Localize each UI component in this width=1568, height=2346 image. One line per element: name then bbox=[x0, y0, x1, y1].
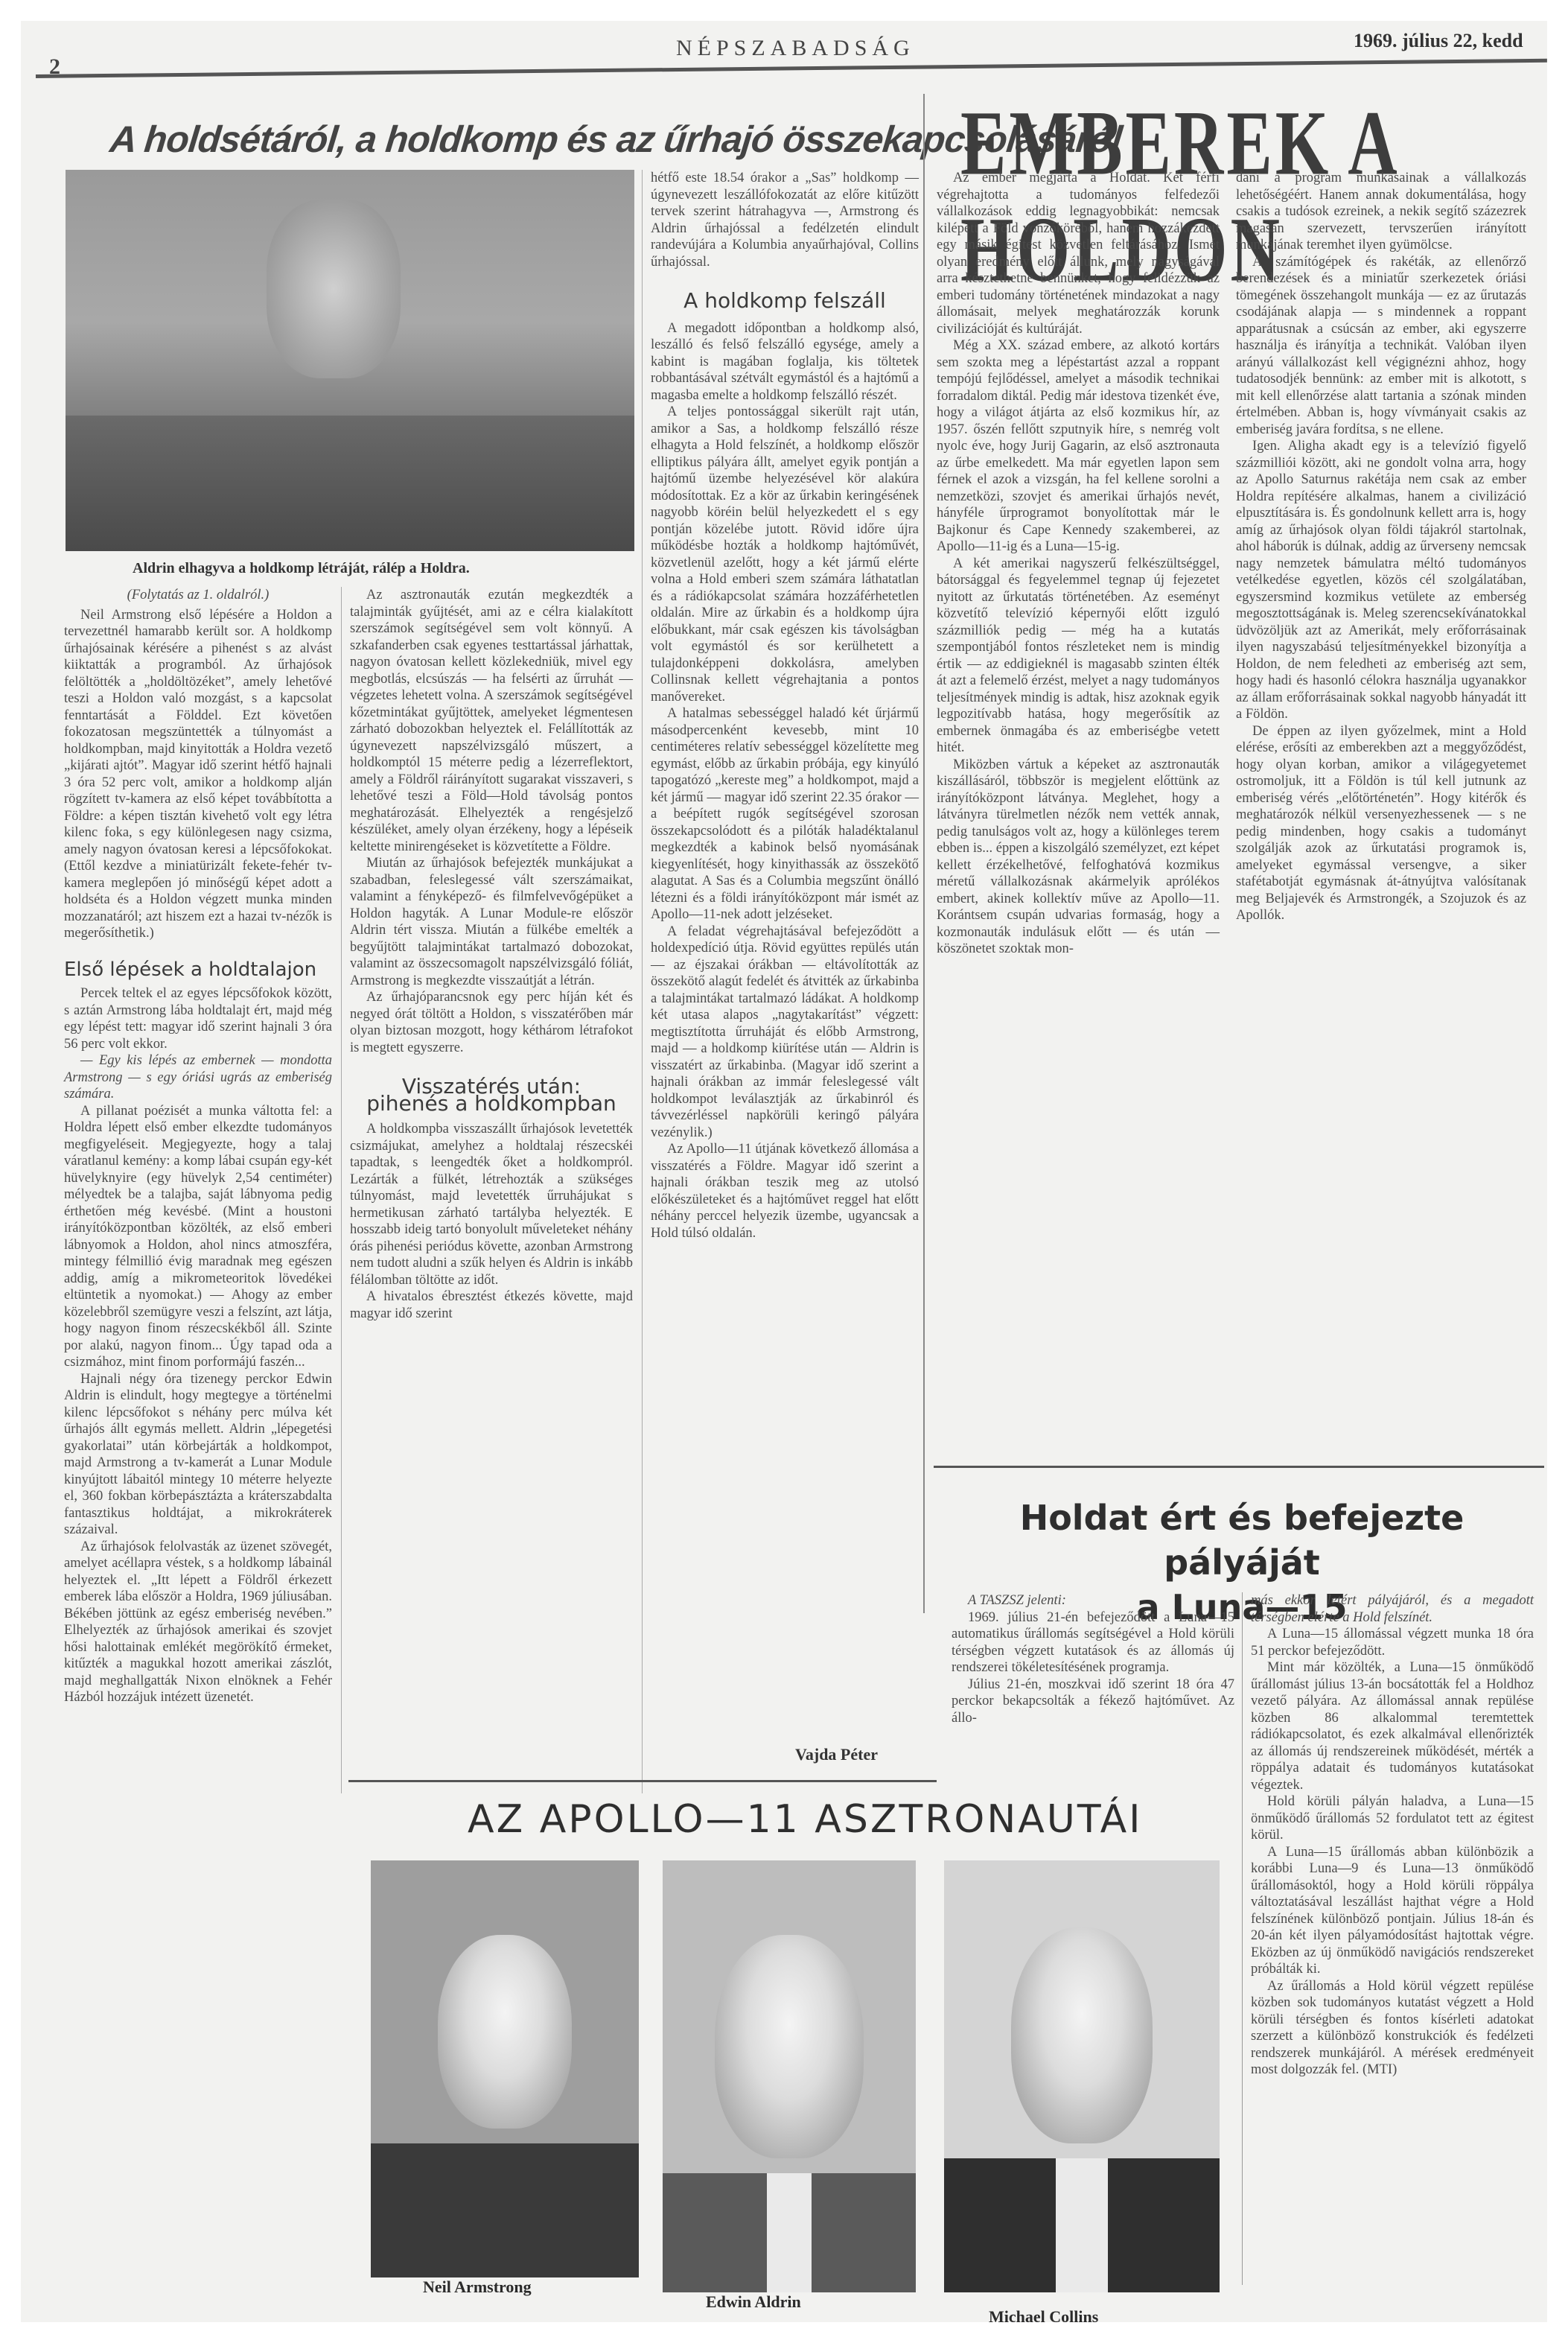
paragraph: Július 21-én, moszkvai idő szerint 18 ór… bbox=[952, 1676, 1234, 1727]
caption-armstrong: Neil Armstrong bbox=[423, 2277, 532, 2297]
caption-aldrin: Edwin Aldrin bbox=[706, 2292, 801, 2312]
column-divider bbox=[923, 94, 925, 1613]
shirt bbox=[767, 2173, 812, 2292]
aldrin-moonwalk-photo bbox=[66, 170, 634, 551]
left-article-col1: (Folytatás az 1. oldalról.) Neil Armstro… bbox=[64, 587, 332, 1706]
newspaper-name: NÉPSZABADSÁG bbox=[676, 36, 915, 61]
continuation-note: (Folytatás az 1. oldalról.) bbox=[64, 587, 332, 604]
issue-date: 1969. július 22, kedd bbox=[1354, 30, 1523, 52]
paragraph: Miután az űrhajósok befejezték munkájuka… bbox=[350, 855, 633, 989]
masthead-rule bbox=[36, 59, 1547, 78]
paragraph: Az űrhajóparancsnok egy perc híján két é… bbox=[350, 989, 633, 1056]
editorial-col2: dani a program munkásainak a vállalkozás… bbox=[1236, 170, 1526, 924]
armstrong-quote: — Egy kis lépés az embernek — mondotta A… bbox=[64, 1052, 332, 1103]
paragraph: A két amerikai nagyszerű felkészültségge… bbox=[937, 556, 1220, 757]
paragraph: Percek teltek el az egyes lépcsőfokok kö… bbox=[64, 985, 332, 1052]
photo-caption: Aldrin elhagyva a holdkomp létráját, rál… bbox=[133, 560, 470, 577]
paragraph: Az Apollo—11 útjának következő állomása … bbox=[651, 1141, 919, 1242]
paragraph: Miközben vártuk a képeket az asztronautá… bbox=[937, 757, 1220, 958]
paragraph: A megadott időpontban a holdkomp alsó, l… bbox=[651, 320, 919, 404]
editorial-col1: Az ember megjárta a Holdat. Két férfi vé… bbox=[937, 170, 1220, 958]
column-divider bbox=[642, 170, 643, 1793]
suit bbox=[371, 2143, 639, 2277]
paragraph: Még a XX. század embere, az alkotó kortá… bbox=[937, 337, 1220, 556]
newspaper-page: 2 NÉPSZABADSÁG 1969. július 22, kedd A h… bbox=[21, 21, 1547, 2322]
paragraph: Igen. Aligha akadt egy is a televízió fi… bbox=[1236, 438, 1526, 723]
face bbox=[715, 1935, 864, 2158]
left-article-col2: Az asztronauták ezután megkezdték a tala… bbox=[350, 587, 633, 1322]
apollo-crew-title: AZ APOLLO—11 ASZTRONAUTÁI bbox=[468, 1797, 1143, 1842]
paragraph: A teljes pontossággal sikerült rajt után… bbox=[651, 404, 919, 705]
paragraph: A holdkompba visszaszállt űrhajósok leve… bbox=[350, 1121, 633, 1288]
left-article-col3: hétfő este 18.54 órakor a „Sas” holdkomp… bbox=[651, 170, 919, 1242]
paragraph: hétfő este 18.54 órakor a „Sas” holdkomp… bbox=[651, 170, 919, 270]
subhead-first-steps: Első lépések a holdtalajon bbox=[64, 961, 332, 979]
paragraph: más ekkor letért pályájáról, és a megado… bbox=[1251, 1592, 1534, 1626]
paragraph: De éppen az ilyen győzelmek, mint a Hold… bbox=[1236, 723, 1526, 924]
headline-line: Holdat ért és befejezte pályáját bbox=[944, 1495, 1540, 1585]
luna-col2: más ekkor letért pályájáról, és a megado… bbox=[1251, 1592, 1534, 2079]
subhead-return: Visszatérés után: pihenés a holdkompban bbox=[350, 1078, 633, 1112]
portrait-aldrin bbox=[663, 1860, 916, 2292]
astronaut-figure bbox=[267, 200, 401, 378]
paragraph: Az asztronauták ezután megkezdték a tala… bbox=[350, 587, 633, 855]
column-divider bbox=[1242, 1592, 1243, 2285]
paragraph: A számítógépek és rakéták, az ellenőrző … bbox=[1236, 254, 1526, 439]
paragraph: Az űrállomás a Hold körül végzett repülé… bbox=[1251, 1978, 1534, 2079]
portrait-collins bbox=[944, 1860, 1220, 2292]
paragraph: A Luna—15 állomással végzett munka 18 ór… bbox=[1251, 1626, 1534, 1659]
column-divider bbox=[341, 587, 342, 1793]
paragraph: 1969. július 21-én befejeződött a Luna—1… bbox=[952, 1609, 1234, 1676]
byline: Vajda Péter bbox=[795, 1745, 878, 1764]
paragraph: Hajnali négy óra tizenegy perckor Edwin … bbox=[64, 1371, 332, 1539]
paragraph: A pillanat poézisét a munka váltotta fel… bbox=[64, 1103, 332, 1371]
subhead-line: pihenés a holdkompban bbox=[350, 1096, 633, 1113]
section-rule bbox=[934, 1466, 1544, 1468]
caption-collins: Michael Collins bbox=[989, 2307, 1098, 2327]
paragraph: Hold körüli pályán haladva, a Luna—15 ön… bbox=[1251, 1793, 1534, 1844]
paragraph: A hivatalos ébresztést étkezés követte, … bbox=[350, 1288, 633, 1322]
portrait-armstrong bbox=[371, 1860, 639, 2277]
face bbox=[438, 1935, 572, 2129]
paragraph: A hatalmas sebességgel haladó két űrjárm… bbox=[651, 705, 919, 924]
luna-col1: A TASZSZ jelenti: 1969. július 21-én bef… bbox=[952, 1592, 1234, 1726]
face bbox=[1011, 1927, 1153, 2143]
paragraph: Az űrhajósok felolvasták az üzenet szöve… bbox=[64, 1539, 332, 1706]
paragraph: dani a program munkásainak a vállalkozás… bbox=[1236, 170, 1526, 254]
paragraph: Az ember megjárta a Holdat. Két férfi vé… bbox=[937, 170, 1220, 337]
paragraph: A feladat végrehajtásával befejeződött a… bbox=[651, 924, 919, 1142]
paragraph: Mint már közölték, a Luna—15 önműködő űr… bbox=[1251, 1659, 1534, 1793]
shirt bbox=[1056, 2158, 1108, 2292]
section-rule bbox=[348, 1780, 937, 1782]
news-source: A TASZSZ jelenti: bbox=[952, 1592, 1234, 1609]
paragraph: Neil Armstrong első lépésére a Holdon a … bbox=[64, 607, 332, 942]
lunar-surface bbox=[66, 416, 634, 551]
subhead-liftoff: A holdkomp felszáll bbox=[651, 293, 919, 310]
paragraph: A Luna—15 űrállomás abban különbözik a k… bbox=[1251, 1844, 1534, 1978]
